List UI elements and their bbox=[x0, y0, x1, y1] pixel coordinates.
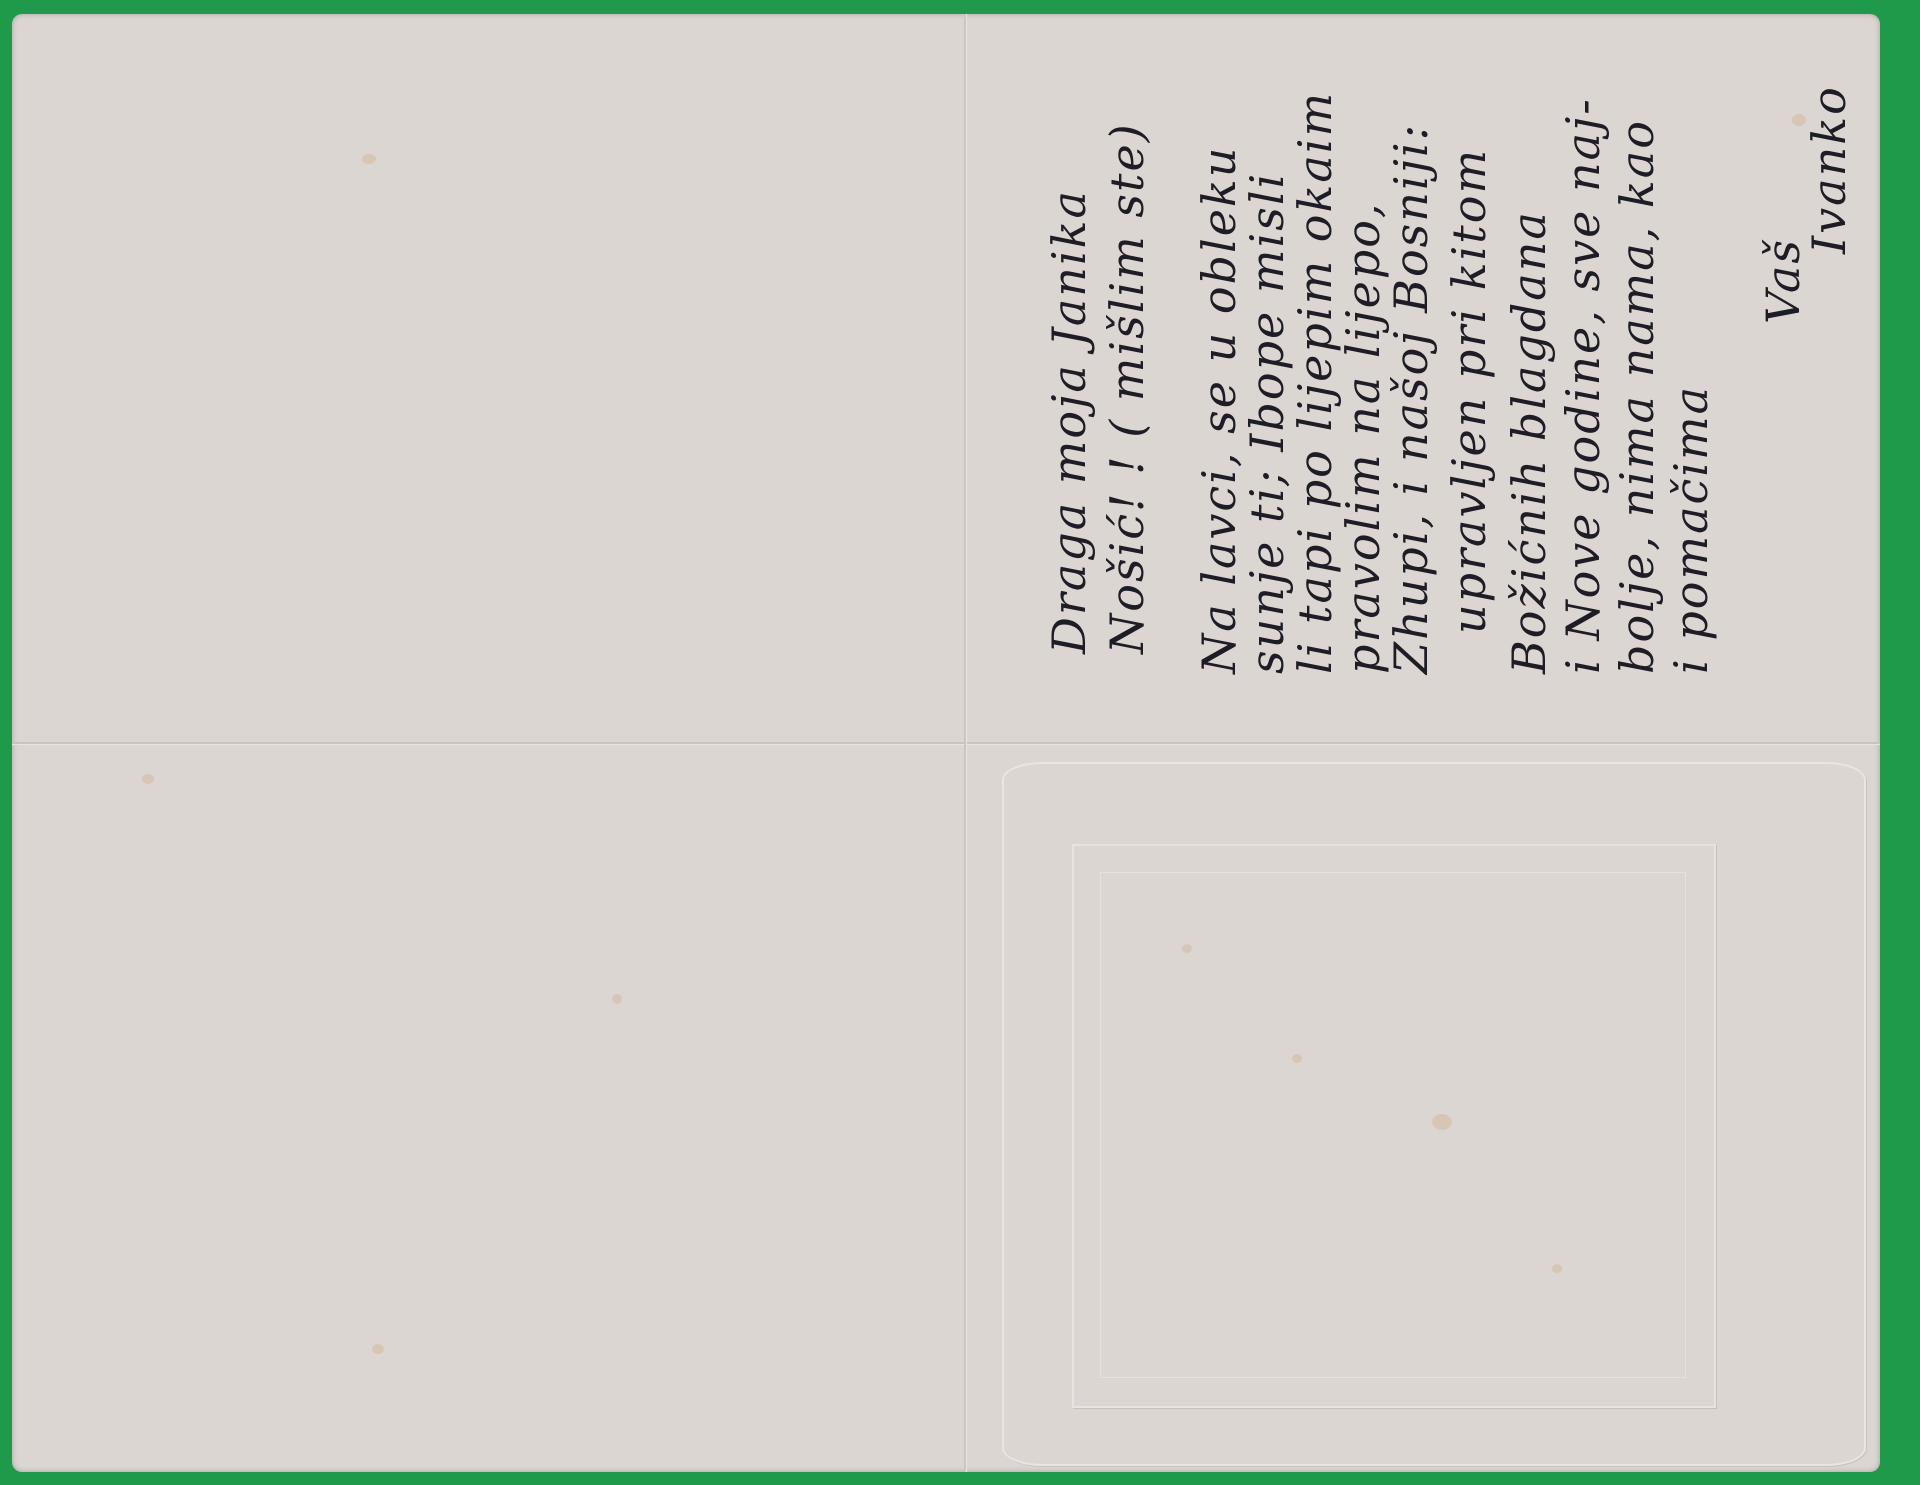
body-line: Božićnih blagdana bbox=[1502, 210, 1556, 674]
horizontal-fold bbox=[12, 742, 1880, 744]
body-line: i pomačima bbox=[1664, 385, 1718, 674]
salutation-line: Draga moja Janika bbox=[1042, 189, 1096, 654]
foxing-spot bbox=[612, 994, 622, 1004]
body-line: upravljen pri kitom bbox=[1442, 148, 1496, 634]
vertical-fold bbox=[964, 14, 966, 1472]
greeting-card: Draga moja Janika Nošić! ! ( mišlim ste)… bbox=[12, 14, 1880, 1472]
foxing-spot bbox=[142, 774, 154, 784]
body-line: Na lavci, se u obleku bbox=[1192, 146, 1246, 674]
foxing-spot bbox=[372, 1344, 384, 1354]
body-line: sunje ti; Ibope misli bbox=[1240, 172, 1294, 674]
body-line: i Nove godine, sve naj- bbox=[1556, 97, 1610, 674]
signature: Ivanko bbox=[1802, 85, 1856, 254]
body-line: li tapi po lijepim okaim bbox=[1288, 91, 1342, 674]
body-line: pravolim na lijepo, bbox=[1336, 201, 1390, 674]
body-line: Zhupi, i našoj Bosniji: bbox=[1384, 123, 1438, 674]
body-line: bolje, nima nama, kao bbox=[1610, 119, 1664, 674]
embossed-frame-panel bbox=[1100, 872, 1686, 1378]
salutation-line: Nošić! ! ( mišlim ste) bbox=[1100, 122, 1154, 654]
foxing-spot bbox=[362, 154, 376, 164]
